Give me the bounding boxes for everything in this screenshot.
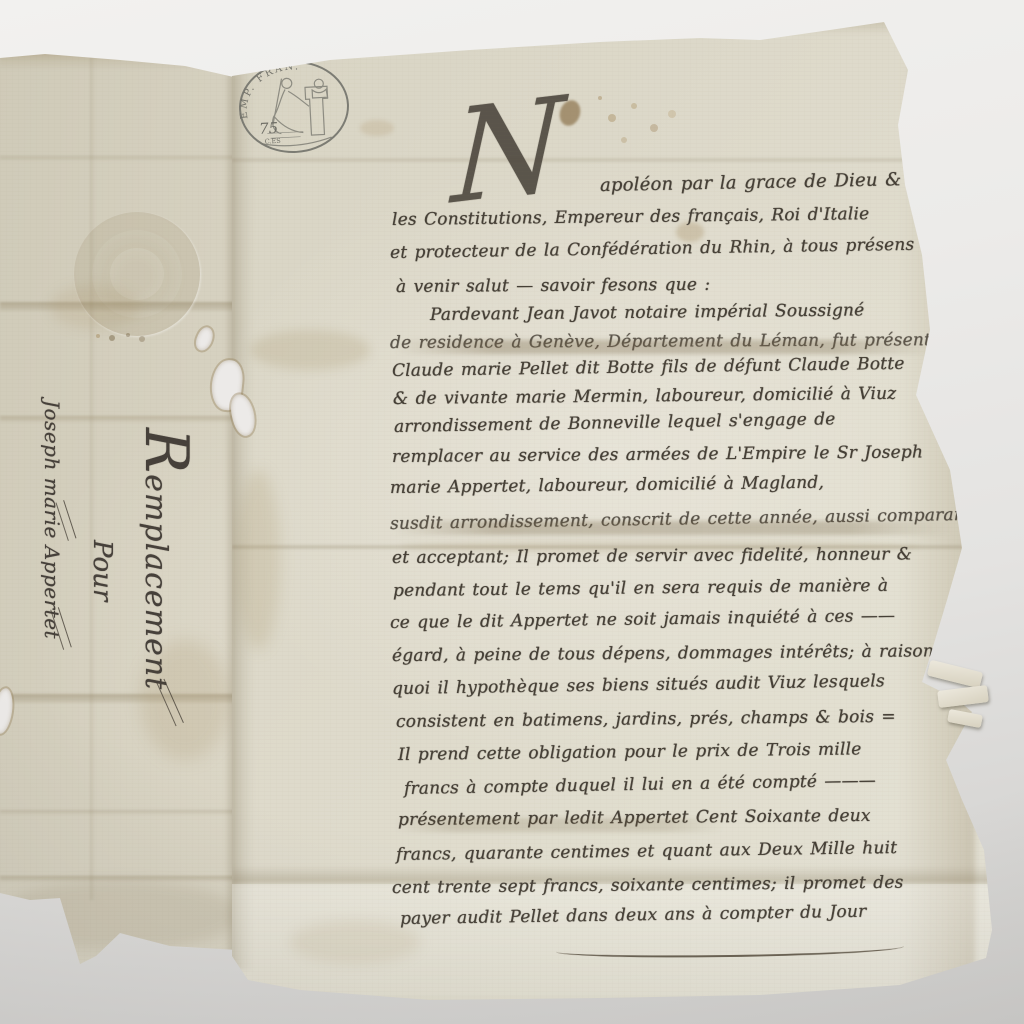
closing-flourish xyxy=(556,944,904,959)
seal-specks xyxy=(96,334,100,338)
manuscript-line: cent trente sept francs, soixante centim… xyxy=(392,872,904,899)
manuscript-line: présentement par ledit Appertet Cent Soi… xyxy=(398,805,871,831)
manuscript-line: & de vivante marie Mermin, laboureur, do… xyxy=(393,383,897,410)
revenue-stamp: EMP. FRAN. 75 C.ES xyxy=(234,55,355,159)
paper-fragment xyxy=(937,685,989,708)
manuscript-line: et protecteur de la Confédération du Rhi… xyxy=(390,233,937,264)
stain xyxy=(0,48,240,70)
manuscript-line: Claude marie Pellet dit Botte fils de dé… xyxy=(392,353,905,382)
manuscript-line: Il prend cette obligation pour le prix d… xyxy=(398,738,862,766)
crease xyxy=(0,876,238,882)
manuscript-line: payer audit Pellet dans deux ans à compt… xyxy=(400,901,867,930)
docket-pour: Pour xyxy=(75,392,129,722)
top-edge-tint xyxy=(232,20,932,34)
manuscript-line: francs à compte duquel il lui en a été c… xyxy=(404,770,876,800)
manuscript-line: Pardevant Jean Javot notaire impérial So… xyxy=(430,299,865,326)
stain xyxy=(0,880,240,950)
manuscript-line: de residence à Genève, Département du Lé… xyxy=(390,329,931,354)
docket-beneficiary: Joseph marie Appertet xyxy=(29,392,75,722)
crease xyxy=(0,810,238,815)
manuscript-line: remplacer au service des armées de L'Emp… xyxy=(392,441,923,468)
stain xyxy=(250,330,370,370)
docket-title: Remplacement xyxy=(129,392,192,722)
crease xyxy=(232,158,932,162)
stain xyxy=(360,120,394,136)
initial-letter: N xyxy=(450,80,566,223)
manuscript-line: quoi il hypothèque ses biens situés audi… xyxy=(392,670,885,700)
document-photo: Remplacement Pour Joseph marie Appertet xyxy=(0,0,1024,1024)
manuscript-line: consistent en batimens, jardins, prés, c… xyxy=(396,706,896,733)
manuscript-line: marie Appertet, laboureur, domicilié à M… xyxy=(390,472,824,499)
paper-fragment xyxy=(927,660,983,689)
svg-text:EMP. FRAN.: EMP. FRAN. xyxy=(236,61,303,120)
stain xyxy=(236,470,280,650)
manuscript-line: les Constitutions, Empereur des français… xyxy=(392,203,870,231)
manuscript-line: apoléon par la grace de Dieu & xyxy=(600,169,902,197)
manuscript-line: francs, quarante centimes et quant aux D… xyxy=(396,837,898,866)
foxing-dots xyxy=(598,96,602,100)
manuscript-line: pendant tout le tems qu'il en sera requi… xyxy=(393,575,888,602)
stamp-denomination-unit: C.ES xyxy=(265,137,281,146)
manuscript-line: égard, à peine de tous dépens, dommages … xyxy=(392,640,963,667)
crease xyxy=(0,156,238,161)
embossed-seal xyxy=(74,212,200,336)
manuscript-line: ce que le dit Appertet ne soit jamais in… xyxy=(390,605,895,634)
manuscript-line: et acceptant; Il promet de servir avec f… xyxy=(392,543,912,569)
stamp-denomination: 75 xyxy=(259,119,279,138)
stamp-border-text: EMP. FRAN. xyxy=(236,61,303,120)
fold-highlight xyxy=(232,884,992,996)
manuscript-line: à venir salut — savoir fesons que : xyxy=(396,274,710,298)
manuscript-line: arrondissement de Bonneville lequel s'en… xyxy=(394,408,836,438)
docket-text: Remplacement Pour Joseph marie Appertet xyxy=(29,392,192,722)
manuscript-line: susdit arrondissement, conscrit de cette… xyxy=(390,504,972,535)
